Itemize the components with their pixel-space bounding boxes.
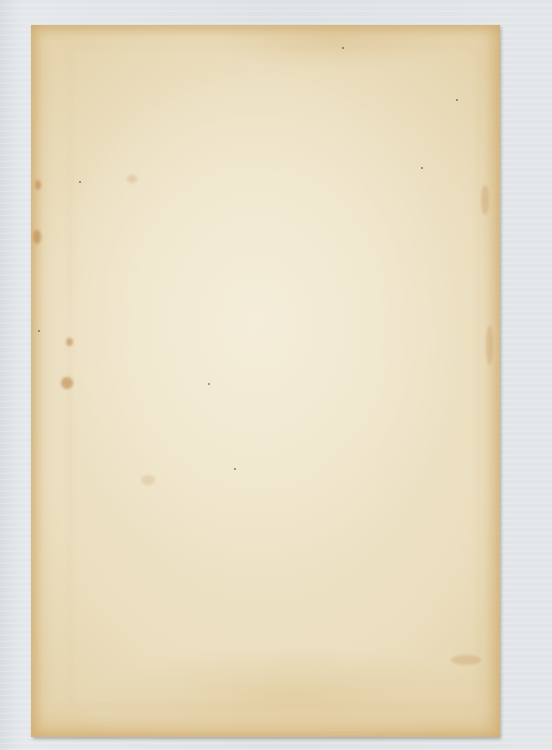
foxing-spot [451, 655, 481, 665]
speck [421, 167, 423, 169]
foxing-spot [481, 185, 489, 215]
speck [208, 383, 210, 385]
speck [456, 99, 458, 101]
foxing-spot [33, 230, 41, 244]
speck [342, 47, 344, 49]
edge-stain [31, 25, 500, 737]
speck [38, 330, 40, 332]
foxing-spot [61, 377, 73, 389]
foxing-spot [35, 180, 41, 190]
speck [79, 181, 81, 183]
foxing-spot [127, 175, 137, 183]
speck [234, 468, 236, 470]
foxing-spot [486, 325, 493, 365]
blank-paper-card [31, 25, 500, 737]
foxing-spot [66, 338, 73, 346]
foxing-spot [141, 475, 155, 485]
